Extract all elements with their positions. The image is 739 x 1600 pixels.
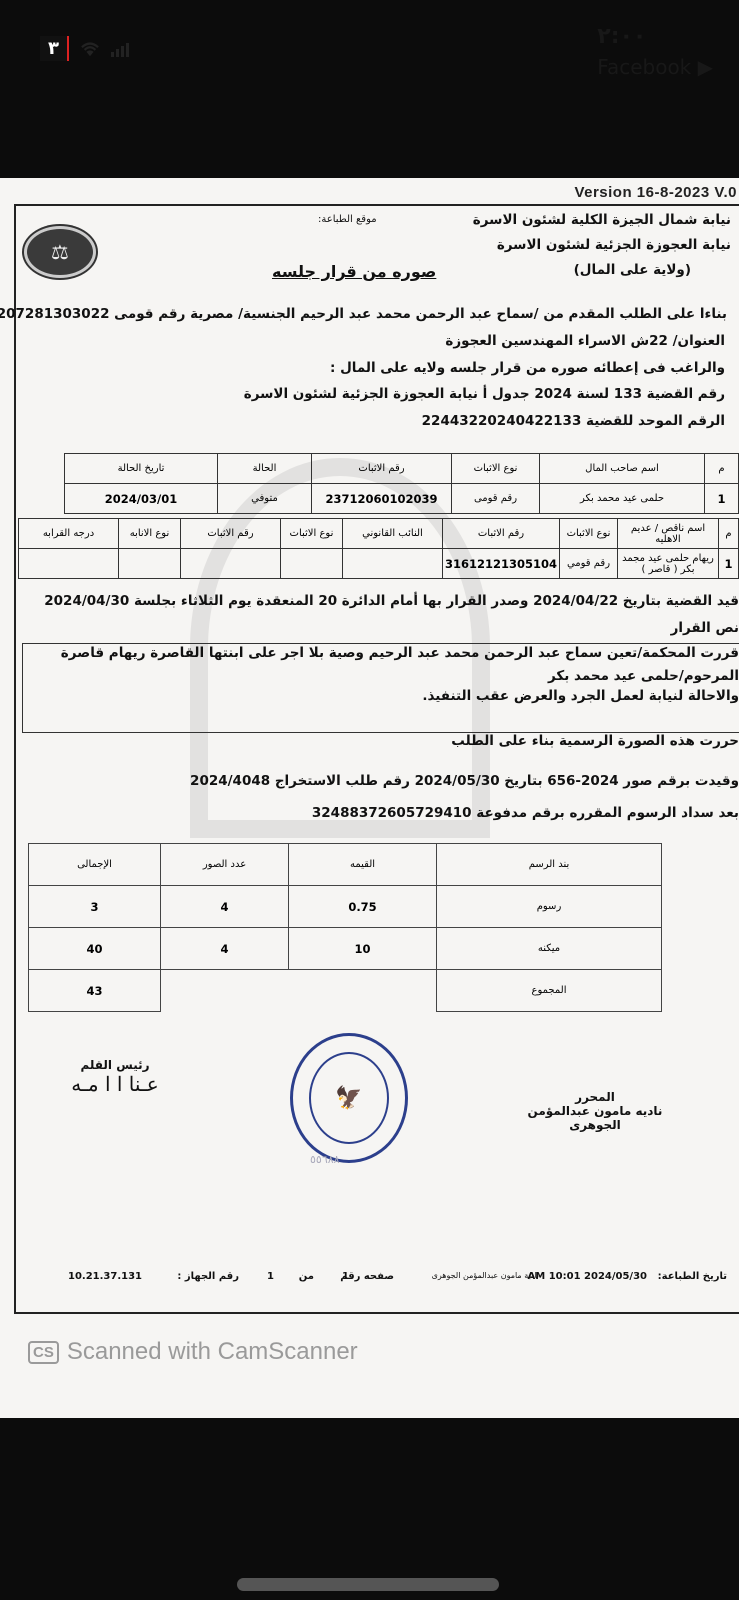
registered-line: وقيدت برقم صور 2024-656 بتاريخ 2024/05/3… [190, 773, 739, 789]
header-cell: رقم الاثبات [180, 519, 280, 549]
header-cell: الحالة [218, 454, 312, 484]
cell: 0.75 [289, 886, 437, 928]
cell: 10 [289, 928, 437, 970]
cell: متوفي [218, 484, 312, 514]
header-cell: عدد الصور [161, 844, 289, 886]
page-total: 1 [267, 1271, 274, 1282]
authority-line-3: (ولاية على المال) [473, 258, 691, 283]
header-cell: م [719, 519, 739, 549]
home-indicator[interactable] [237, 1578, 499, 1591]
request-line: والراغب فى إعطائه صوره من قرار جلسه ولاي… [330, 360, 725, 376]
issuing-authority: نيابة شمال الجيزة الكلية لشئون الاسرة ني… [473, 208, 731, 283]
cell [180, 549, 280, 579]
print-datetime: 2024/05/30 10:01 AM [528, 1271, 647, 1282]
cell: 1 [719, 549, 739, 579]
address-line: العنوان/ 22ش الاسراء المهندسين العجوزة [445, 333, 725, 349]
cell: 31612121305104 [442, 549, 559, 579]
header-cell: النائب القانوني [342, 519, 442, 549]
cell: 2024/03/01 [65, 484, 218, 514]
stamp-number: ٥٥٦٨٨ [310, 1153, 340, 1166]
scanned-document: Version 16-8-2023 V.0 نيابة شمال الجيزة … [0, 178, 739, 1418]
cell: 23712060102039 [312, 484, 452, 514]
page-of: من [299, 1271, 314, 1282]
table-row: 1 حلمى عيد محمد بكر رقم قومى 23712060102… [65, 484, 739, 514]
scales-of-justice-logo-icon: ⚖ [24, 226, 96, 278]
cell: 4 [161, 886, 289, 928]
header-cell: رقم الاثبات [442, 519, 559, 549]
header-cell: تاريخ الحالة [65, 454, 218, 484]
signal-icon [111, 41, 129, 57]
cell: رسوم [437, 886, 662, 928]
header-cell: اسم ناقص / عديم الاهليه [618, 519, 719, 549]
decision-line-1: قررت المحكمة/تعين سماح عبد الرحمن محمد ع… [61, 645, 739, 661]
camscanner-text: Scanned with CamScanner [67, 1338, 358, 1366]
applicant-line: بناءا على الطلب المقدم من /سماح عبد الرح… [0, 306, 727, 322]
print-location: موقع الطباعة: [318, 214, 377, 225]
header-cell: رقم الاثبات [312, 454, 452, 484]
owner-table: م اسم صاحب المال نوع الاثبات رقم الاثبات… [64, 453, 739, 514]
header-cell: القيمه [289, 844, 437, 886]
camscanner-watermark: CS Scanned with CamScanner [28, 1338, 358, 1366]
fees-table: بند الرسم القيمه عدد الصور الإجمالى رسوم… [28, 843, 662, 1012]
chief-clerk-signature: رئيس القلم عـنا ا ا مـه [50, 1058, 180, 1096]
cell: 3 [29, 886, 161, 928]
status-right: ٢:٠٠ Facebook ▶ [597, 24, 713, 79]
header-cell: م [705, 454, 739, 484]
editor-label: المحرر [510, 1090, 680, 1104]
header-cell: نوع الاثبات [280, 519, 342, 549]
header-cell: نوع الاثبات [452, 454, 540, 484]
authority-line-1: نيابة شمال الجيزة الكلية لشئون الاسرة [473, 208, 731, 233]
unified-number-line: الرقم الموحد للقضية 22443220240422133 [422, 413, 725, 429]
decision-line-2: المرحوم/حلمى عيد محمد بكر [548, 668, 739, 684]
clock: ٢:٠٠ [597, 24, 713, 49]
fees-paid-line: بعد سداد الرسوم المقرره برقم مدفوعة 3248… [312, 805, 739, 821]
table-row: 1 ريهام حلمى عيد مجمد بكر ( قاصر ) رقم ق… [19, 549, 739, 579]
cell: رقم قومى [452, 484, 540, 514]
cell: 1 [705, 484, 739, 514]
table-header-row: بند الرسم القيمه عدد الصور الإجمالى [29, 844, 662, 886]
registration-line: قيد القضية بتاريخ 2024/04/22 وصدر القرار… [44, 593, 739, 609]
official-stamp: 🦅 [290, 1033, 408, 1163]
document-title: صوره من قرار جلسه [272, 262, 436, 281]
cell [161, 970, 437, 1012]
wifi-icon [79, 40, 101, 58]
issued-line: حررت هذه الصورة الرسمية بناء على الطلب [451, 733, 739, 749]
battery-icon: ٣ [40, 36, 69, 61]
cell: 40 [29, 928, 161, 970]
cell: رقم قومي [560, 549, 618, 579]
case-number-line: رقم القضية 133 لسنة 2024 جدول أ نيابة ال… [244, 386, 725, 402]
page-current: 1 [342, 1271, 349, 1282]
back-to-app-link[interactable]: Facebook ▶ [597, 55, 713, 79]
printed-by: نادية مامون عبدالمؤمن الجوهرى [432, 1271, 539, 1280]
minor-table: م اسم ناقص / عديم الاهليه نوع الاثبات رق… [18, 518, 739, 579]
editor-name: ناديه مامون عبدالمؤمن الجوهرى [510, 1104, 680, 1132]
cell [118, 549, 180, 579]
cell: المجموع [437, 970, 662, 1012]
cell: حلمى عيد محمد بكر [540, 484, 705, 514]
handwritten-signature: عـنا ا ا مـه [50, 1072, 180, 1096]
cell: 43 [29, 970, 161, 1012]
cell: ميكنه [437, 928, 662, 970]
cell [19, 549, 119, 579]
version-label: Version 16-8-2023 V.0 [574, 184, 737, 201]
decision-line-3: والاحالة لنيابة لعمل الجرد والعرض عقب ال… [422, 688, 739, 704]
chief-clerk-label: رئيس القلم [50, 1058, 180, 1072]
header-cell: نوع الانابه [118, 519, 180, 549]
status-icons: ٣ [40, 36, 129, 61]
cell: ريهام حلمى عيد مجمد بكر ( قاصر ) [618, 549, 719, 579]
decision-heading: نص القرار [671, 620, 739, 636]
header-cell: نوع الاثبات [560, 519, 618, 549]
table-row: رسوم 0.75 4 3 [29, 886, 662, 928]
cell [342, 549, 442, 579]
authority-line-2: نيابة العجوزة الجزئية لشئون الاسرة [473, 233, 731, 258]
cell: 4 [161, 928, 289, 970]
table-row: ميكنه 10 4 40 [29, 928, 662, 970]
table-header-row: م اسم ناقص / عديم الاهليه نوع الاثبات رق… [19, 519, 739, 549]
table-row: المجموع 43 [29, 970, 662, 1012]
device-label: رقم الجهاز : [177, 1271, 239, 1282]
header-cell: الإجمالى [29, 844, 161, 886]
print-date-label: تاريخ الطباعة: [658, 1271, 727, 1282]
status-bar: ٣ ٢:٠٠ Facebook ▶ [0, 0, 739, 178]
table-header-row: م اسم صاحب المال نوع الاثبات رقم الاثبات… [65, 454, 739, 484]
device-ip: 10.21.37.131 [68, 1271, 142, 1282]
camscanner-logo-icon: CS [28, 1341, 59, 1364]
cell [280, 549, 342, 579]
eagle-emblem-icon: 🦅 [309, 1052, 389, 1144]
header-cell: اسم صاحب المال [540, 454, 705, 484]
header-cell: درجه القرابه [19, 519, 119, 549]
editor-signature: المحرر ناديه مامون عبدالمؤمن الجوهرى [510, 1090, 680, 1132]
header-cell: بند الرسم [437, 844, 662, 886]
